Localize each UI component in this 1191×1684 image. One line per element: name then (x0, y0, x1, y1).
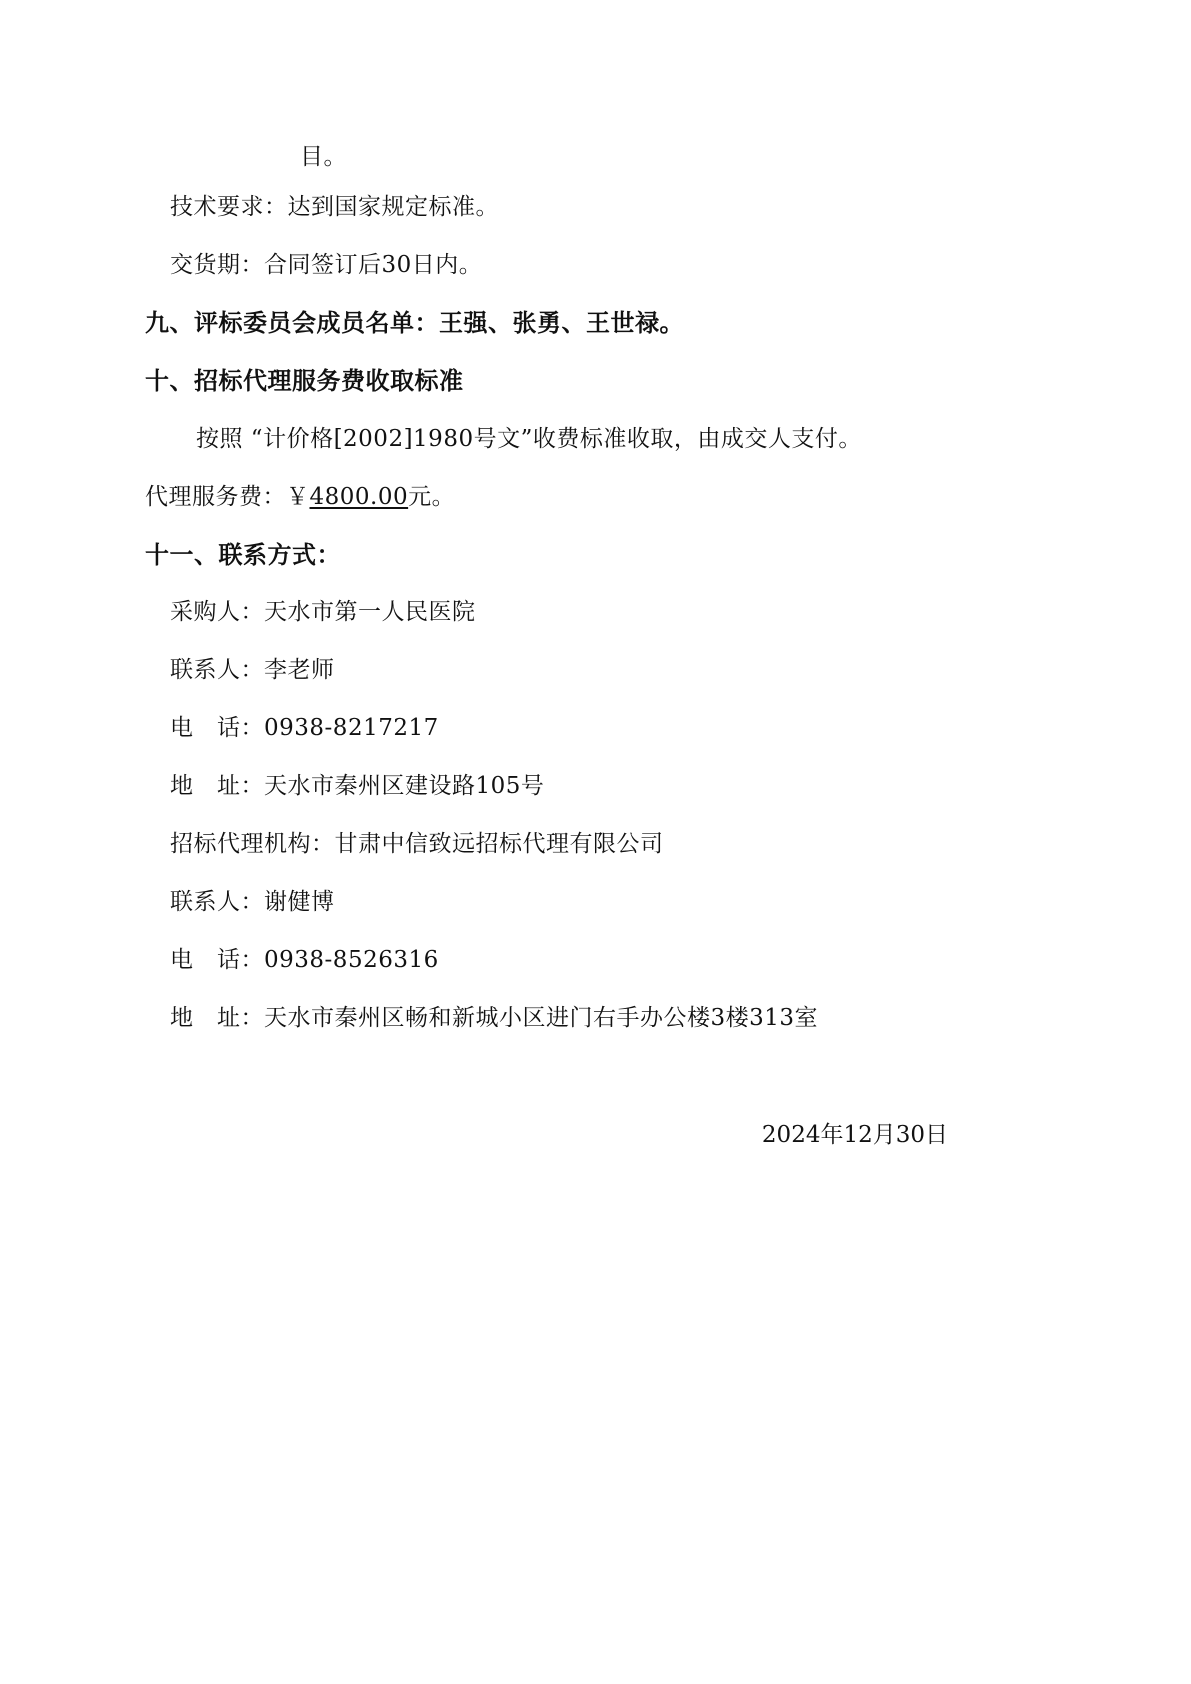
agency-fee-line: 代理服务费：￥4800.00元。 (145, 482, 455, 512)
tech-requirement-label: 技术要求： (170, 194, 288, 220)
tech-requirement-value: 达到国家规定标准。 (288, 194, 500, 220)
purchaser-address-line: 地 址：天水市秦州区建设路105号 (170, 771, 544, 801)
tech-requirement-line: 技术要求：达到国家规定标准。 (170, 192, 499, 222)
purchaser-phone-line: 电 话：0938-8217217 (170, 713, 439, 743)
purchaser-value: 天水市第一人民医院 (264, 599, 476, 625)
agency-address-line: 地 址：天水市秦州区畅和新城小区进门右手办公楼3楼313室 (170, 1003, 818, 1033)
agency-fee-label: 代理服务费：￥ (145, 484, 310, 510)
agency-fee-amount: 4800.00 (310, 484, 409, 510)
purchaser-contact-value: 李老师 (264, 657, 335, 683)
purchaser-line: 采购人：天水市第一人民医院 (170, 597, 476, 627)
agency-contact-line: 联系人：谢健博 (170, 887, 335, 917)
agency-phone-value: 0938-8526316 (264, 947, 439, 973)
continuation-value: 目。 (300, 144, 347, 170)
agency-value: 甘肃中信致远招标代理有限公司 (335, 831, 664, 857)
purchaser-phone-value: 0938-8217217 (264, 715, 439, 741)
delivery-label: 交货期： (170, 252, 264, 278)
purchaser-contact-line: 联系人：李老师 (170, 655, 335, 685)
agency-contact-value: 谢健博 (264, 889, 335, 915)
fee-basis-text: 按照 “计价格[2002]1980号文”收费标准收取，由成交人支付。 (196, 424, 862, 454)
section-10-heading: 十、招标代理服务费收取标准 (145, 366, 464, 396)
purchaser-phone-label: 电 话： (170, 715, 264, 741)
continuation-text: 目。 (300, 142, 347, 172)
purchaser-address-value: 天水市秦州区建设路105号 (264, 773, 544, 799)
agency-contact-label: 联系人： (170, 889, 264, 915)
section-9-heading: 九、评标委员会成员名单：王强、张勇、王世禄。 (145, 308, 684, 338)
delivery-line: 交货期：合同签订后30日内。 (170, 250, 482, 280)
purchaser-address-label: 地 址： (170, 773, 264, 799)
delivery-value: 合同签订后30日内。 (264, 252, 482, 278)
document-date: 2024年12月30日 (762, 1120, 948, 1150)
document-page: 目。 技术要求：达到国家规定标准。 交货期：合同签订后30日内。 九、评标委员会… (0, 0, 1191, 1684)
purchaser-label: 采购人： (170, 599, 264, 625)
agency-address-label: 地 址： (170, 1005, 264, 1031)
agency-phone-line: 电 话：0938-8526316 (170, 945, 439, 975)
purchaser-contact-label: 联系人： (170, 657, 264, 683)
agency-label: 招标代理机构： (170, 831, 335, 857)
agency-fee-unit: 元。 (408, 484, 455, 510)
agency-line: 招标代理机构：甘肃中信致远招标代理有限公司 (170, 829, 664, 859)
section-11-heading: 十一、联系方式： (145, 540, 341, 570)
agency-address-value: 天水市秦州区畅和新城小区进门右手办公楼3楼313室 (264, 1005, 818, 1031)
agency-phone-label: 电 话： (170, 947, 264, 973)
